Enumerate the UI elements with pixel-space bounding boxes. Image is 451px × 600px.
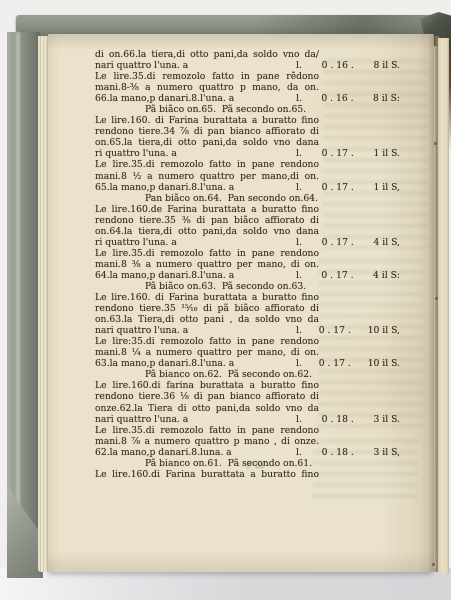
text-line: nari quattro l'una. al.0 . 16 .8 il S. [95, 60, 400, 71]
price-entry: l.0 . 16 .8 il S: [296, 93, 400, 104]
text-line: Le lire:35.di remozolo fatto in pane ren… [95, 336, 400, 347]
line-text: mani.8 ⅜ a numero quattro per mano, di o… [95, 259, 319, 270]
line-text: rendono tiere.36 ⅛ di pan bianco affiora… [95, 391, 319, 402]
line-text: Le lire.160.de Farina burattata a buratt… [95, 204, 319, 215]
text-line: 66.la mano,p danari.8.l'una. al.0 . 16 .… [95, 93, 400, 104]
price-amount: 0 . 16 . [322, 60, 354, 71]
line-text: nari quattro l'una. a [95, 60, 188, 71]
text-line: Le lire.160.de Farina burattata a buratt… [95, 204, 400, 215]
line-text: rendono tiere.35 ¹⁵⁄₁₆ di pã biãco affio… [95, 303, 319, 314]
line-text: Le lire.160.di farina burattata a buratt… [95, 380, 319, 391]
line-text: Le lire:35.di remozolo fatto in pane ren… [95, 336, 319, 347]
text-line: on.63.la Tiera,di otto pani , da soldo v… [95, 314, 400, 325]
text-line: Pã bianco on.61. Pã secondo on.61. [95, 458, 400, 469]
price-amount: 0 . 17 . [321, 270, 353, 281]
line-text: Pã bianco on.62. Pã secondo on.62. [95, 369, 319, 380]
line-text: Le lire.160. di Farina burattata a burat… [95, 292, 319, 303]
price-entry: l.0 . 17 .1 il S, [296, 182, 400, 193]
line-text: mani.8 ⅞ a numero quattro p mano , di on… [95, 436, 319, 447]
printed-text-block: di on.66.la tiera,di otto pani,da soldo … [95, 49, 400, 480]
line-text: mani.8 ½ a numero quattro per mano,di on… [95, 171, 319, 182]
text-line: Le lire.35.di remozolo fatto in pane rẽd… [95, 71, 400, 82]
line-text: Le lire.35.di remozolo fatto in pane ren… [95, 159, 319, 170]
price-unit: 10 il S. [368, 358, 400, 369]
next-page-edge [438, 38, 449, 574]
text-line: ri quattro l'una. al.0 . 17 .4 il S, [95, 237, 400, 248]
price-unit: 4 il S, [374, 237, 400, 248]
text-line: nari quattro l'una. al.0 . 18 .3 il S. [95, 414, 400, 425]
text-line: 65.la mano,p danari.8.l'una. al.0 . 17 .… [95, 182, 400, 193]
price-unit: 4 il S: [373, 270, 400, 281]
price-currency: l. [296, 414, 302, 425]
line-text: on.63.la Tiera,di otto pani , da soldo v… [95, 314, 319, 325]
text-line: Le lire.160.di farina burattata a buratt… [95, 380, 400, 391]
price-currency: l. [296, 237, 302, 248]
price-currency: l. [296, 60, 302, 71]
price-entry: l.0 . 17 .10 il S. [296, 358, 400, 369]
line-text: Le lire.35.di remozolo fatto in pane rẽd… [95, 71, 319, 82]
text-line: Le lire.160. di Farina burattata a burat… [95, 115, 400, 126]
price-amount: 0 . 17 . [319, 358, 351, 369]
price-entry: l.0 . 17 .4 il S, [296, 237, 400, 248]
text-line: Le lire.35.di remozolo fatto in pane ren… [95, 248, 400, 259]
text-line: rendono tiere.34 ⅞ di pan bianco affiora… [95, 126, 400, 137]
text-line: 62.la mano,p danari.8.luna. al.0 . 18 .3… [95, 447, 400, 458]
text-line: mani.8 ⅞ a numero quattro p mano , di on… [95, 436, 400, 447]
text-line: di on.66.la tiera,di otto pani,da soldo … [95, 49, 400, 60]
price-unit: 10 il S, [368, 325, 400, 336]
text-line: Pan biãco on.64. Pan secondo on.64. [95, 193, 400, 204]
price-amount: 0 . 17 . [319, 325, 351, 336]
line-text: onze.62.la Tiera di otto pani,da soldo v… [95, 403, 319, 414]
line-text: mani.8 ¼ a numero quattro per mano, di o… [95, 347, 319, 358]
text-line: on.65.la tiera,di otto pani,da soldo vno… [95, 137, 400, 148]
text-line: rendono tiere.36 ⅛ di pan bianco affiora… [95, 391, 400, 402]
line-text: ri quattro l'una. a [95, 237, 177, 248]
price-unit: 3 il S, [374, 447, 400, 458]
line-text: Le lire.35.di remozolo fatto in pane ren… [95, 248, 319, 259]
text-line: nari quattro l'una. al.0 . 17 .10 il S, [95, 325, 400, 336]
price-currency: l. [296, 325, 302, 336]
line-text: mani.8-⅜ a numero quattro p mano, da on. [95, 82, 319, 93]
text-line: Pã biãco on.63. Pã secondo on.63. [95, 281, 400, 292]
line-text: nari quattro l'una. a [95, 325, 188, 336]
line-text: rendono tiere.34 ⅞ di pan bianco affiora… [95, 126, 319, 137]
price-currency: l. [296, 148, 302, 159]
text-line: mani.8 ½ a numero quattro per mano,di on… [95, 171, 400, 182]
line-text: Pã biãco on.63. Pã secondo on.63. [95, 281, 319, 292]
sewing-hole [435, 297, 438, 300]
line-text: ri quattro l'una. a [95, 148, 177, 159]
price-amount: 0 . 17 . [322, 237, 354, 248]
text-line: Pã bianco on.62. Pã secondo on.62. [95, 369, 400, 380]
text-line: 64.la mano,p danari.8.l'una. al.0 . 17 .… [95, 270, 400, 281]
photograph-of-book: { "document": { "description_label": "ea… [0, 0, 451, 600]
text-line: onze.62.la Tiera di otto pani,da soldo v… [95, 403, 400, 414]
text-line: Le lire.35.di remozolo fatto in pane ren… [95, 159, 400, 170]
price-currency: l. [296, 182, 302, 193]
text-line: rendono tiere.35 ¹⁵⁄₁₆ di pã biãco affio… [95, 303, 400, 314]
line-text: Pan biãco on.64. Pan secondo on.64. [95, 193, 319, 204]
price-amount: 0 . 16 . [321, 93, 353, 104]
text-line: Le lire.35.di remozolo fatto in pane ren… [95, 425, 400, 436]
price-entry: l.0 . 16 .8 il S. [296, 60, 400, 71]
text-line: Le lire.160. di Farina burattata a burat… [95, 292, 400, 303]
line-text: Le lire.160.di Farina burattata a buratt… [95, 469, 319, 480]
price-entry: l.0 . 18 .3 il S, [296, 447, 400, 458]
line-text: 63.la mano,p danari.8.l'una. a [95, 358, 234, 369]
line-text: on.64.la tiera,di otto pani,da soldo vno… [95, 226, 319, 237]
text-line: 63.la mano,p danari.8.l'una. al.0 . 17 .… [95, 358, 400, 369]
line-text: 66.la mano,p danari.8.l'una. a [95, 93, 234, 104]
line-text: on.65.la tiera,di otto pani,da soldo vno… [95, 137, 319, 148]
price-currency: l. [296, 93, 302, 104]
price-amount: 0 . 18 . [322, 447, 354, 458]
price-amount: 0 . 17 . [322, 148, 354, 159]
price-entry: l.0 . 17 .1 il S. [296, 148, 400, 159]
line-text: nari quattro l'una. a [95, 414, 188, 425]
price-currency: l. [296, 270, 302, 281]
price-unit: 3 il S. [374, 414, 400, 425]
price-unit: 1 il S. [374, 148, 400, 159]
line-text: Le lire.35.di remozolo fatto in pane ren… [95, 425, 319, 436]
text-line: rendono tiere.35 ⅜ di pan biãco affiorat… [95, 215, 400, 226]
line-text: Pã bianco on.61. Pã secondo on.61. [95, 458, 319, 469]
text-line: Le lire.160.di Farina burattata a buratt… [95, 469, 400, 480]
price-entry: l.0 . 18 .3 il S. [296, 414, 400, 425]
line-text: rendono tiere.35 ⅜ di pan biãco affiorat… [95, 215, 319, 226]
line-text: Le lire.160. di Farina burattata a burat… [95, 115, 319, 126]
photo-background-bottom [0, 568, 451, 600]
line-text: 65.la mano,p danari.8.l'una. a [95, 182, 234, 193]
price-amount: 0 . 17 . [322, 182, 354, 193]
price-amount: 0 . 18 . [322, 414, 354, 425]
text-line: mani.8 ⅜ a numero quattro per mano, di o… [95, 259, 400, 270]
text-line: ri quattro l'una. al.0 . 17 .1 il S. [95, 148, 400, 159]
text-line: on.64.la tiera,di otto pani,da soldo vno… [95, 226, 400, 237]
price-entry: l.0 . 17 .10 il S, [296, 325, 400, 336]
sewing-hole [434, 142, 437, 145]
line-text: Pã biãco on.65. Pã secondo on.65. [95, 104, 319, 115]
price-unit: 8 il S. [374, 60, 400, 71]
price-currency: l. [296, 358, 302, 369]
price-unit: 1 il S, [374, 182, 400, 193]
price-entry: l.0 . 17 .4 il S: [296, 270, 400, 281]
line-text: 62.la mano,p danari.8.luna. a [95, 447, 232, 458]
sewing-hole [432, 563, 435, 566]
text-line: mani.8-⅜ a numero quattro p mano, da on. [95, 82, 400, 93]
line-text: di on.66.la tiera,di otto pani,da soldo … [95, 49, 319, 60]
line-text: 64.la mano,p danari.8.l'una. a [95, 270, 234, 281]
text-line: Pã biãco on.65. Pã secondo on.65. [95, 104, 400, 115]
price-unit: 8 il S: [373, 93, 400, 104]
text-line: mani.8 ¼ a numero quattro per mano, di o… [95, 347, 400, 358]
price-currency: l. [296, 447, 302, 458]
